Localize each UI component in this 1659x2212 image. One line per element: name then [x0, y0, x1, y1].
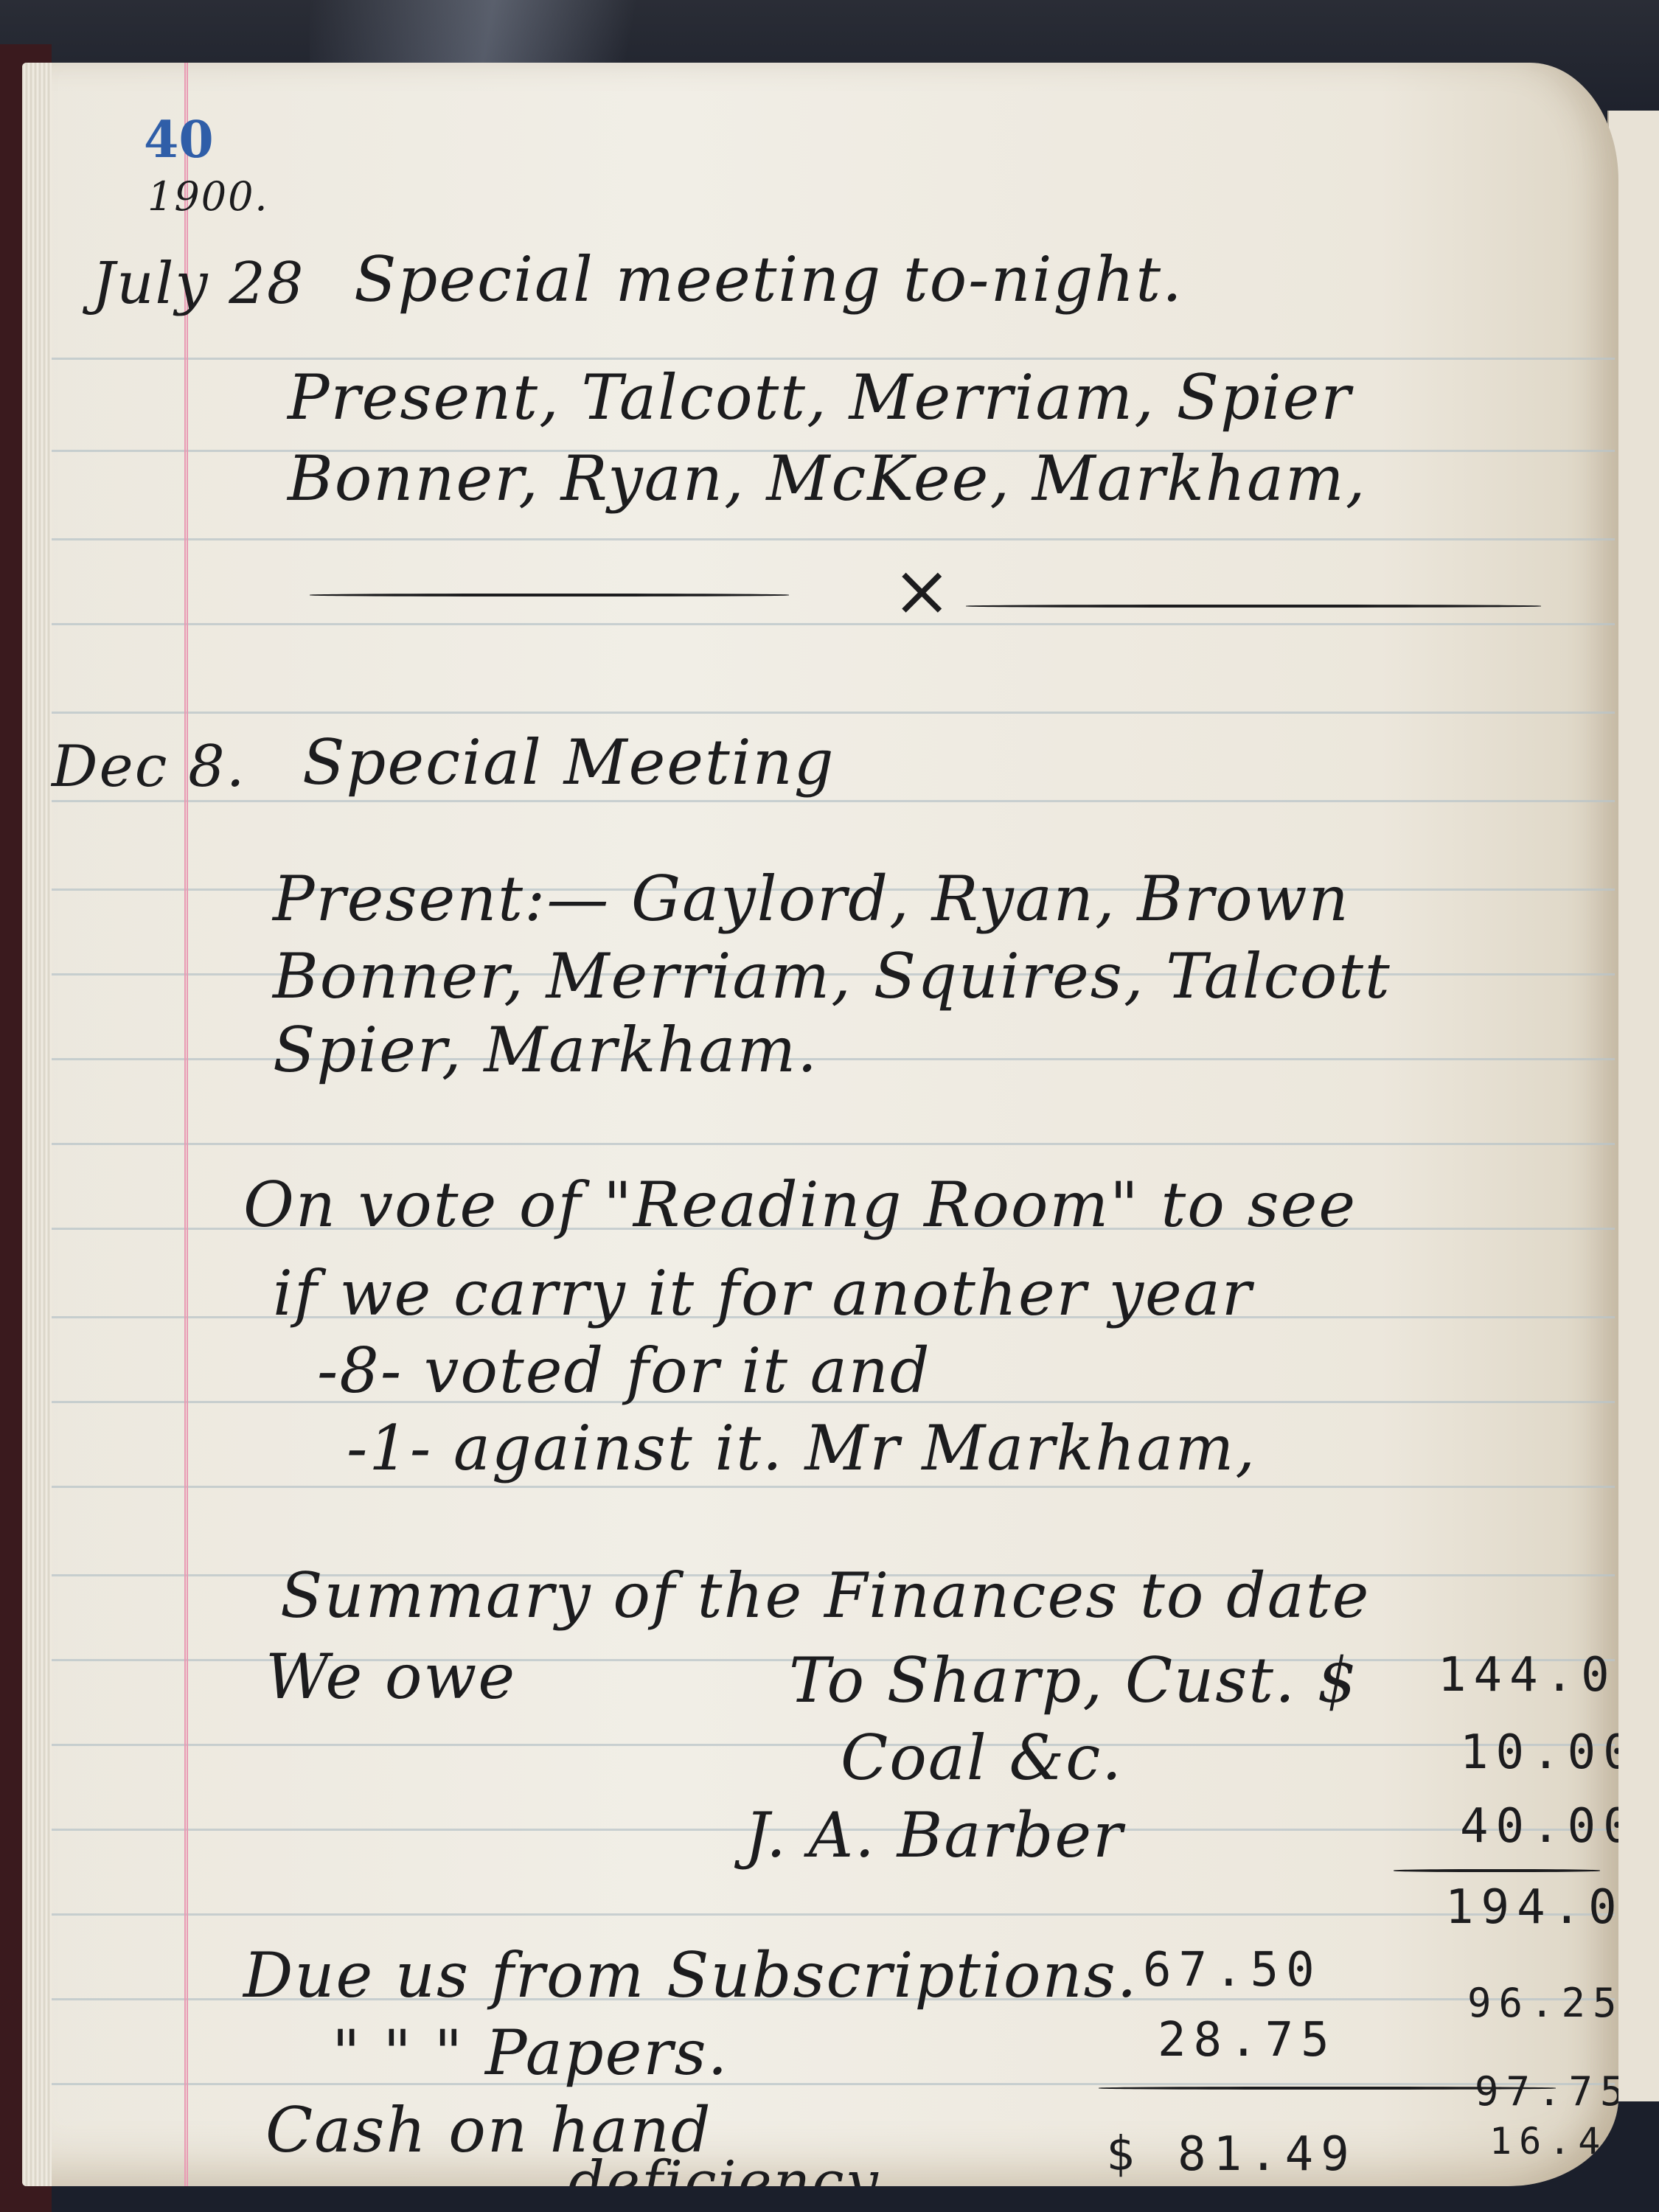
attendees-line: Present, Talcott, Merriam, Spier: [288, 361, 1352, 434]
ruled-line: [52, 2083, 1615, 2085]
owed-item-label: Coal &c.: [841, 1722, 1123, 1794]
due-papers-label: " " " Papers.: [332, 2017, 728, 2089]
separator-line: [310, 594, 789, 597]
margin-rule: [184, 63, 188, 2186]
ruled-line: [52, 800, 1615, 802]
ruled-line: [52, 1744, 1615, 1746]
owed-item-label: J. A. Barber: [745, 1799, 1124, 1871]
separator-mark: ×: [892, 549, 953, 632]
vote-for-line: -8- voted for it and: [317, 1335, 931, 1407]
entry-date: Dec 8.: [52, 734, 246, 800]
due-subscriptions-amount: 67.50: [1143, 1943, 1322, 1997]
page-stack-edges: [22, 63, 52, 2186]
attendees-line: Bonner, Merriam, Squires, Talcott: [273, 940, 1391, 1012]
owed-total: 194.00: [1445, 1880, 1618, 1935]
attendees-line: Bonner, Ryan, McKee, Markham,: [288, 442, 1366, 515]
total-rule: [1394, 1869, 1600, 1872]
ledger-page: 40 1900. July 28 Special meeting to-nigh…: [22, 63, 1618, 2186]
attendees-line: Present:— Gaylord, Ryan, Brown: [273, 863, 1350, 935]
cash-amount: $ 81.49: [1106, 2127, 1357, 2182]
due-total: 96.25: [1467, 1980, 1618, 2026]
owed-item-label: To Sharp, Cust. $: [789, 1644, 1358, 1717]
vote-against-line: -1- against it. Mr Markham,: [347, 1412, 1256, 1484]
finance-summary-title: Summary of the Finances to date: [280, 1559, 1370, 1632]
ruled-line: [52, 538, 1615, 540]
entry-title: Special meeting to-night.: [354, 243, 1183, 316]
ruled-line: [52, 1486, 1615, 1488]
ruled-line: [52, 712, 1615, 714]
due-total-second: 97.75: [1475, 2068, 1618, 2115]
attendees-line: Spier, Markham.: [273, 1014, 818, 1086]
due-remainder: 16.46: [1489, 2120, 1618, 2163]
due-papers-amount: 28.75: [1158, 2013, 1337, 2067]
deficiency-label: deficiency.: [568, 2149, 891, 2186]
motion-line: if we carry it for another year: [273, 1257, 1253, 1329]
motion-line: On vote of "Reading Room" to see: [243, 1169, 1357, 1241]
owed-item-amount: 10.00: [1460, 1725, 1618, 1780]
owed-item-amount: 144.00: [1438, 1648, 1618, 1703]
owed-item-amount: 40.00: [1460, 1799, 1618, 1854]
year: 1900.: [147, 173, 269, 220]
ruled-line: [52, 1913, 1615, 1916]
ruled-line: [52, 623, 1615, 625]
separator-line: [966, 605, 1541, 608]
ruled-line: [52, 1143, 1615, 1145]
entry-title: Special Meeting: [302, 726, 835, 799]
due-subscriptions-label: Due us from Subscriptions.: [243, 1939, 1138, 2011]
entry-date: July 28: [92, 251, 305, 317]
ruled-line: [52, 358, 1615, 360]
we-owe-label: We owe: [265, 1641, 516, 1713]
page-number: 40: [144, 111, 214, 170]
